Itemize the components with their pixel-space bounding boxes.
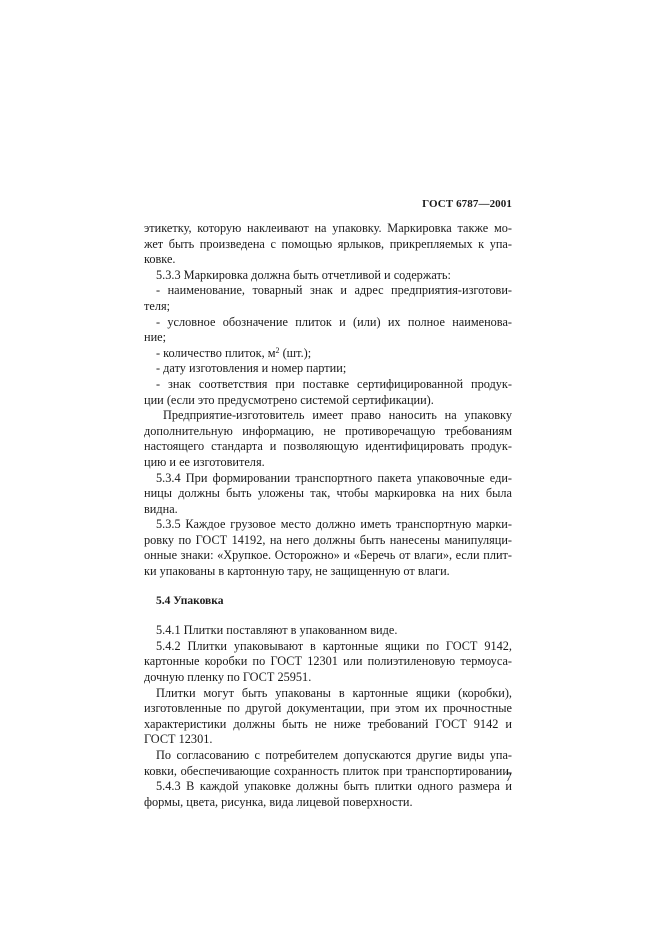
page-number: 7 xyxy=(490,770,512,785)
text-line: ковке. xyxy=(144,252,512,268)
quantity-unit: (шт.); xyxy=(280,346,312,360)
document-page: ГОСТ 6787—2001 этикетку, которую наклеив… xyxy=(0,0,661,935)
text-line: жет быть произведена с помощью ярлыков, … xyxy=(144,237,512,253)
text-line: дочную пленку по ГОСТ 25951. xyxy=(144,670,512,686)
text-line: онные знаки: «Хрупкое. Осторожно» и «Бер… xyxy=(144,548,512,564)
text-line: формы, цвета, рисунка, вида лицевой пове… xyxy=(144,795,512,811)
text-line: картонные коробки по ГОСТ 12301 или поли… xyxy=(144,654,512,670)
text-line: ции (если это предусмотрено системой сер… xyxy=(144,393,512,409)
paragraph-line: Предприятие-изготовитель имеет право нан… xyxy=(144,408,512,424)
text-line: изготовленные по другой документации, пр… xyxy=(144,701,512,717)
text-line: ровку по ГОСТ 14192, на него должны быть… xyxy=(144,533,512,549)
clause-5-4-3: 5.4.3 В каждой упаковке должны быть плит… xyxy=(144,779,512,795)
text-line: ковки, обеспечивающие сохранность плиток… xyxy=(144,764,512,780)
quantity-text: - количество плиток, м xyxy=(156,346,276,360)
text-line: ки упакованы в картонную тару, не защище… xyxy=(144,564,512,580)
list-item: - знак соответствия при поставке сертифи… xyxy=(144,377,512,393)
text-line: ние; xyxy=(144,330,512,346)
text-line: видна. xyxy=(144,502,512,518)
clause-5-3-4: 5.3.4 При формировании транспортного пак… xyxy=(144,471,512,487)
text-line: теля; xyxy=(144,299,512,315)
clause-5-4-1: 5.4.1 Плитки поставляют в упакованном ви… xyxy=(144,623,512,639)
list-item: - условное обозначение плиток и (или) их… xyxy=(144,315,512,331)
clause-5-4-2: 5.4.2 Плитки упаковывают в картонные ящи… xyxy=(144,639,512,655)
text-line: цию и ее изготовителя. xyxy=(144,455,512,471)
list-item: - количество плиток, м2 (шт.); xyxy=(144,346,512,362)
paragraph-line: По согласованию с потребителем допускают… xyxy=(144,748,512,764)
text-line: настоящего стандарта и позволяющую идент… xyxy=(144,439,512,455)
clause-5-3-5: 5.3.5 Каждое грузовое место должно иметь… xyxy=(144,517,512,533)
standard-header: ГОСТ 6787—2001 xyxy=(380,198,512,210)
clause-5-3-3: 5.3.3 Маркировка должна быть отчетливой … xyxy=(144,268,512,284)
text-line: этикетку, которую наклеивают на упаковку… xyxy=(144,221,512,237)
list-item: - дату изготовления и номер партии; xyxy=(144,361,512,377)
section-heading-5-4: 5.4 Упаковка xyxy=(144,594,512,610)
paragraph-line: Плитки могут быть упакованы в картонные … xyxy=(144,686,512,702)
body-text: этикетку, которую наклеивают на упаковку… xyxy=(144,221,512,810)
text-line: ГОСТ 12301. xyxy=(144,732,512,748)
text-line: характеристики должны быть не ниже требо… xyxy=(144,717,512,733)
text-line: ницы должны быть уложены так, чтобы марк… xyxy=(144,486,512,502)
list-item: - наименование, товарный знак и адрес пр… xyxy=(144,283,512,299)
text-line: дополнительную информацию, не противореч… xyxy=(144,424,512,440)
